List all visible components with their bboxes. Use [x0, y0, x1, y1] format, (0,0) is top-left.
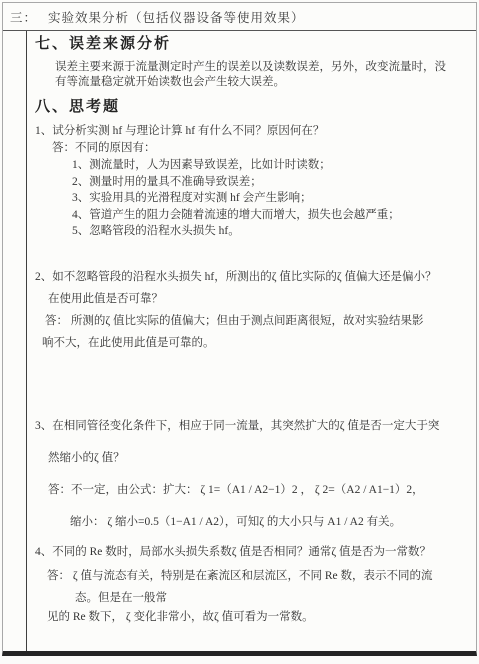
- question-2-block: 2、如不忽略管段的沿程水头损失 hf，所测出的ζ 值比实际的ζ 值偏大还是偏小？…: [35, 266, 470, 354]
- header-row: 三： 实验效果分析（包括仪器设备等使用效果）: [3, 3, 476, 31]
- question-4-answer-line: 答： ζ 值与流态有关，特别是在紊流区和层流区，不同 Re 数，表示不同的流: [47, 564, 470, 589]
- question-4-answer-line: 见的 Re 数下， ζ 变化非常小，故ζ 值可看为一常数。: [47, 607, 470, 627]
- question-1-answer-intro: 答：不同的原因有：: [52, 140, 470, 157]
- section-number-label: 三：: [3, 8, 46, 26]
- reason-item: 1、测流量时，人为因素导致误差，比如计时读数；: [72, 157, 470, 174]
- question-3-answer-formula-line: 缩小： ζ 缩小=0.5（1−A1 / A2），可知ζ 的大小只与 A1 / A…: [70, 506, 470, 538]
- page-title: 实验效果分析（包括仪器设备等使用效果）: [46, 8, 305, 26]
- question-3-text-line: 3、在相同管径变化条件下，相应于同一流量，其突然扩大的ζ 值是否一定大于突: [35, 410, 470, 442]
- question-1-text: 1、试分析实测 hf 与理论计算 hf 有什么不同？原因何在？: [35, 123, 470, 140]
- question-3-text-line: 然缩小的ζ 值？: [48, 442, 470, 474]
- question-3-block: 3、在相同管径变化条件下，相应于同一流量，其突然扩大的ζ 值是否一定大于突 然缩…: [35, 410, 470, 538]
- question-2-text-line: 2、如不忽略管段的沿程水头损失 hf，所测出的ζ 值比实际的ζ 值偏大还是偏小？: [35, 266, 470, 288]
- reason-item: 2、测量时用的量具不准确导致误差；: [72, 174, 470, 191]
- document-sheet: 三： 实验效果分析（包括仪器设备等使用效果） 七、误差来源分析 误差主要来源于流…: [2, 2, 477, 656]
- question-2-answer-line: 答： 所测的ζ 值比实际的值偏大；但由于测点间距离很短，故对实验结果影: [45, 310, 470, 332]
- reason-item: 5、忽略管段的沿程水头损失 hf。: [72, 223, 470, 240]
- paragraph-line: 误差主要来源于流量测定时产生的误差以及读数误差，另外，改变流量时，没: [55, 60, 470, 75]
- scanned-document-page: 三： 实验效果分析（包括仪器设备等使用效果） 七、误差来源分析 误差主要来源于流…: [0, 0, 479, 664]
- reason-item: 4、管道产生的阻力会随着流速的增大而增大，损失也会越严重；: [72, 207, 470, 224]
- question-3-answer-formula-line: 答：不一定，由公式：扩大： ζ 1=（A1 / A2−1）2 ， ζ 2=（A2…: [48, 474, 470, 506]
- document-content: 七、误差来源分析 误差主要来源于流量测定时产生的误差以及读数误差，另外，改变流量…: [27, 31, 476, 651]
- question-4-answer-line: 态。但是在一般常: [75, 589, 470, 607]
- error-analysis-heading: 七、误差来源分析: [35, 37, 470, 52]
- body-row: 七、误差来源分析 误差主要来源于流量测定时产生的误差以及读数误差，另外，改变流量…: [3, 31, 476, 651]
- question-4-block: 4、不同的 Re 数时，局部水头损失系数ζ 值是否相同？通常ζ 值是否为一常数？…: [35, 540, 470, 627]
- reason-item: 3、实验用具的光滑程度对实测 hf 会产生影响；: [72, 190, 470, 207]
- error-analysis-paragraph: 误差主要来源于流量测定时产生的误差以及读数误差，另外，改变流量时，没 有等流量稳…: [55, 60, 470, 90]
- question-2-answer-line: 响不大，在此使用此值是可靠的。: [42, 332, 470, 354]
- left-gutter-column: [3, 31, 27, 651]
- question-4-text: 4、不同的 Re 数时，局部水头损失系数ζ 值是否相同？通常ζ 值是否为一常数？: [35, 540, 470, 564]
- question-2-text-line: 在使用此值是否可靠？: [48, 288, 470, 310]
- question-1-block: 1、试分析实测 hf 与理论计算 hf 有什么不同？原因何在？ 答：不同的原因有…: [35, 123, 470, 240]
- think-questions-heading: 八、思考题: [35, 100, 470, 115]
- paragraph-line: 有等流量稳定就开始读数也会产生较大误差。: [55, 75, 470, 90]
- question-1-reason-list: 1、测流量时，人为因素导致误差，比如计时读数； 2、测量时用的量具不准确导致误差…: [35, 157, 470, 240]
